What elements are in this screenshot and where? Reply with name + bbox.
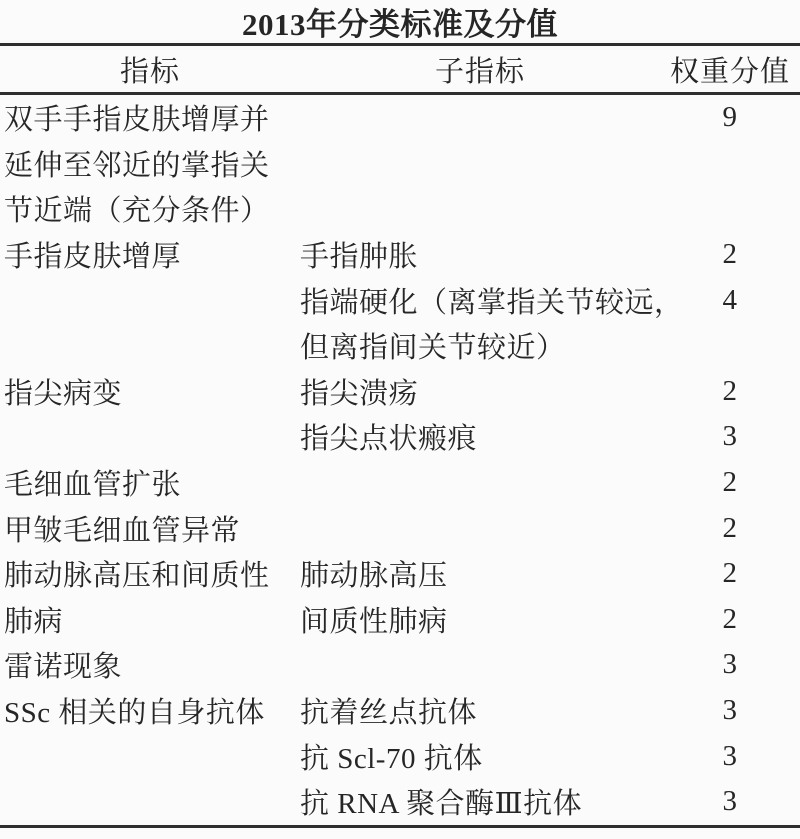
sub-indicator-cell: 手指肿胀 — [300, 234, 660, 275]
table-row: 双手手指皮肤增厚并 9 — [0, 95, 800, 141]
header-sub-indicator: 子指标 — [300, 49, 660, 90]
table-row: 指端硬化（离掌指关节较远， 4 — [0, 277, 800, 323]
score-cell: 2 — [660, 466, 800, 499]
score-cell: 3 — [660, 420, 800, 453]
bottom-rule — [0, 825, 800, 828]
sub-indicator-cell: 肺动脉高压 — [300, 553, 660, 594]
header-indicator: 指标 — [0, 49, 300, 90]
sub-indicator-cell: 但离指间关节较近） — [300, 325, 660, 366]
table-row: 延伸至邻近的掌指关 — [0, 141, 800, 187]
sub-indicator-cell: 指端硬化（离掌指关节较远， — [300, 280, 660, 321]
sub-indicator-cell: 指尖点状瘢痕 — [300, 416, 660, 457]
table-title: 2013年分类标准及分值 — [0, 0, 800, 43]
indicator-cell: 延伸至邻近的掌指关 — [0, 143, 300, 184]
score-cell: 4 — [660, 284, 800, 317]
table-header-row: 指标 子指标 权重分值 — [0, 46, 800, 92]
sub-indicator-cell: 抗 Scl-70 抗体 — [300, 736, 660, 777]
table-row: 但离指间关节较近） — [0, 323, 800, 369]
header-weight-score: 权重分值 — [660, 49, 800, 90]
indicator-cell: 肺动脉高压和间质性 — [0, 553, 300, 594]
score-cell: 2 — [660, 557, 800, 590]
table-row: 手指皮肤增厚 手指肿胀 2 — [0, 232, 800, 278]
indicator-cell: 肺病 — [0, 599, 300, 640]
table-row: 指尖点状瘢痕 3 — [0, 414, 800, 460]
table-row: 肺病 间质性肺病 2 — [0, 597, 800, 643]
indicator-cell: 手指皮肤增厚 — [0, 234, 300, 275]
score-cell: 3 — [660, 694, 800, 727]
table-row: 毛细血管扩张 2 — [0, 460, 800, 506]
table-body: 双手手指皮肤增厚并 9 延伸至邻近的掌指关 节近端（充分条件） 手指皮肤增厚 手… — [0, 95, 800, 825]
table-row: SSc 相关的自身抗体 抗着丝点抗体 3 — [0, 688, 800, 734]
table-row: 指尖病变 指尖溃疡 2 — [0, 369, 800, 415]
score-cell: 2 — [660, 512, 800, 545]
table-row: 肺动脉高压和间质性 肺动脉高压 2 — [0, 551, 800, 597]
indicator-cell: 指尖病变 — [0, 371, 300, 412]
table-row: 抗 Scl-70 抗体 3 — [0, 733, 800, 779]
sub-indicator-cell: 抗 RNA 聚合酶Ⅲ抗体 — [300, 781, 660, 822]
table-row: 雷诺现象 3 — [0, 642, 800, 688]
classification-criteria-table-page: 2013年分类标准及分值 指标 子指标 权重分值 双手手指皮肤增厚并 9 延伸至… — [0, 0, 800, 839]
sub-indicator-cell: 间质性肺病 — [300, 599, 660, 640]
score-cell: 2 — [660, 238, 800, 271]
sub-indicator-cell: 指尖溃疡 — [300, 371, 660, 412]
indicator-cell: 雷诺现象 — [0, 644, 300, 685]
indicator-cell: 节近端（充分条件） — [0, 188, 300, 229]
table-row: 节近端（充分条件） — [0, 186, 800, 232]
score-cell: 3 — [660, 785, 800, 818]
indicator-cell: 双手手指皮肤增厚并 — [0, 97, 300, 138]
table-row: 抗 RNA 聚合酶Ⅲ抗体 3 — [0, 779, 800, 825]
score-cell: 2 — [660, 375, 800, 408]
score-cell: 3 — [660, 740, 800, 773]
score-cell: 3 — [660, 648, 800, 681]
sub-indicator-cell: 抗着丝点抗体 — [300, 690, 660, 731]
indicator-cell: 甲皱毛细血管异常 — [0, 508, 300, 549]
table-row: 甲皱毛细血管异常 2 — [0, 505, 800, 551]
indicator-cell: 毛细血管扩张 — [0, 462, 300, 503]
indicator-cell: SSc 相关的自身抗体 — [0, 690, 300, 731]
score-cell: 2 — [660, 603, 800, 636]
score-cell: 9 — [660, 101, 800, 134]
